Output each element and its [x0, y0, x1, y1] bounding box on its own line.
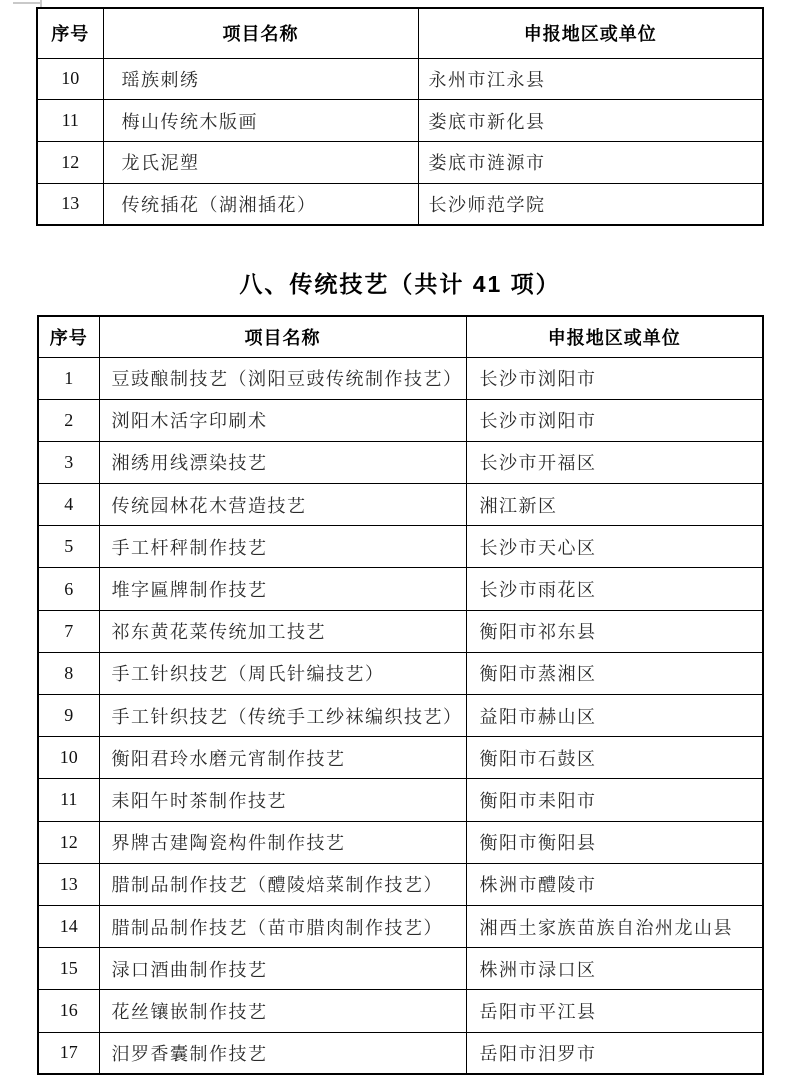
row-declaring-region: 长沙市浏阳市 [466, 357, 763, 399]
row-declaring-region: 长沙市开福区 [466, 441, 763, 483]
table-row: 7 祁东黄花菜传统加工技艺 衡阳市祁东县 [38, 610, 763, 652]
table-row: 3 湘绣用线漂染技艺 长沙市开福区 [38, 441, 763, 483]
table-row: 6 堆字匾牌制作技艺 长沙市雨花区 [38, 568, 763, 610]
row-project-name: 传统园林花木营造技艺 [99, 484, 466, 526]
row-declaring-region: 衡阳市耒阳市 [466, 779, 763, 821]
table-row: 5 手工杆秤制作技艺 长沙市天心区 [38, 526, 763, 568]
row-declaring-region: 衡阳市祁东县 [466, 610, 763, 652]
row-project-name: 传统插花（湖湘插花） [103, 183, 418, 225]
table-row: 11 耒阳午时茶制作技艺 衡阳市耒阳市 [38, 779, 763, 821]
row-declaring-region: 娄底市新化县 [418, 100, 763, 142]
row-declaring-region: 衡阳市蒸湘区 [466, 652, 763, 694]
row-declaring-region: 永州市江永县 [418, 58, 763, 100]
row-project-name: 梅山传统木版画 [103, 100, 418, 142]
table-row: 10 衡阳君玲水磨元宵制作技艺 衡阳市石鼓区 [38, 737, 763, 779]
table1-header-serial-number: 序号 [37, 8, 103, 58]
row-project-name: 堆字匾牌制作技艺 [99, 568, 466, 610]
table2-header-declaring-region: 申报地区或单位 [466, 316, 763, 357]
table-row: 9 手工针织技艺（传统手工纱袜编织技艺） 益阳市赫山区 [38, 695, 763, 737]
table-row: 2 浏阳木活字印刷术 长沙市浏阳市 [38, 399, 763, 441]
row-declaring-region: 长沙市浏阳市 [466, 399, 763, 441]
section-heading-traditional-crafts: 八、传统技艺（共计 41 项） [0, 262, 800, 306]
row-serial-number: 13 [38, 863, 99, 905]
row-serial-number: 9 [38, 695, 99, 737]
row-declaring-region: 益阳市赫山区 [466, 695, 763, 737]
row-serial-number: 16 [38, 990, 99, 1032]
table-row: 4 传统园林花木营造技艺 湘江新区 [38, 484, 763, 526]
row-declaring-region: 衡阳市石鼓区 [466, 737, 763, 779]
row-serial-number: 14 [38, 905, 99, 947]
table-row: 12 界牌古建陶瓷构件制作技艺 衡阳市衡阳县 [38, 821, 763, 863]
row-project-name: 渌口酒曲制作技艺 [99, 948, 466, 990]
row-serial-number: 8 [38, 652, 99, 694]
row-serial-number: 13 [37, 183, 103, 225]
table-row: 13 腊制品制作技艺（醴陵焙菜制作技艺） 株洲市醴陵市 [38, 863, 763, 905]
table-row: 14 腊制品制作技艺（苗市腊肉制作技艺） 湘西土家族苗族自治州龙山县 [38, 905, 763, 947]
table-row: 13 传统插花（湖湘插花） 长沙师范学院 [37, 183, 763, 225]
row-serial-number: 6 [38, 568, 99, 610]
row-serial-number: 4 [38, 484, 99, 526]
row-serial-number: 2 [38, 399, 99, 441]
row-declaring-region: 岳阳市平江县 [466, 990, 763, 1032]
row-declaring-region: 岳阳市汨罗市 [466, 1032, 763, 1074]
row-project-name: 花丝镶嵌制作技艺 [99, 990, 466, 1032]
row-serial-number: 12 [38, 821, 99, 863]
table-anchor-mark-horizontal [13, 2, 42, 4]
row-declaring-region: 湘江新区 [466, 484, 763, 526]
document-page: 序号 项目名称 申报地区或单位 10 瑶族刺绣 永州市江永县 11 梅山传统木版… [0, 0, 800, 1087]
row-project-name: 耒阳午时茶制作技艺 [99, 779, 466, 821]
table2-header-row: 序号 项目名称 申报地区或单位 [38, 316, 763, 357]
row-project-name: 腊制品制作技艺（醴陵焙菜制作技艺） [99, 863, 466, 905]
table-row: 12 龙氏泥塑 娄底市涟源市 [37, 141, 763, 183]
traditional-crafts-table: 序号 项目名称 申报地区或单位 1 豆豉酿制技艺（浏阳豆豉传统制作技艺） 长沙市… [37, 315, 764, 1075]
table-row: 10 瑶族刺绣 永州市江永县 [37, 58, 763, 100]
row-project-name: 衡阳君玲水磨元宵制作技艺 [99, 737, 466, 779]
row-serial-number: 1 [38, 357, 99, 399]
row-serial-number: 11 [37, 100, 103, 142]
row-declaring-region: 长沙师范学院 [418, 183, 763, 225]
table-row: 1 豆豉酿制技艺（浏阳豆豉传统制作技艺） 长沙市浏阳市 [38, 357, 763, 399]
row-project-name: 手工针织技艺（传统手工纱袜编织技艺） [99, 695, 466, 737]
row-project-name: 豆豉酿制技艺（浏阳豆豉传统制作技艺） [99, 357, 466, 399]
row-serial-number: 10 [37, 58, 103, 100]
row-serial-number: 7 [38, 610, 99, 652]
row-project-name: 界牌古建陶瓷构件制作技艺 [99, 821, 466, 863]
row-declaring-region: 湘西土家族苗族自治州龙山县 [466, 905, 763, 947]
row-serial-number: 12 [37, 141, 103, 183]
table-row: 16 花丝镶嵌制作技艺 岳阳市平江县 [38, 990, 763, 1032]
row-declaring-region: 衡阳市衡阳县 [466, 821, 763, 863]
table1-header-declaring-region: 申报地区或单位 [418, 8, 763, 58]
table2-header-project-name: 项目名称 [99, 316, 466, 357]
row-project-name: 腊制品制作技艺（苗市腊肉制作技艺） [99, 905, 466, 947]
table-row: 8 手工针织技艺（周氏针编技艺） 衡阳市蒸湘区 [38, 652, 763, 694]
row-declaring-region: 长沙市雨花区 [466, 568, 763, 610]
row-project-name: 浏阳木活字印刷术 [99, 399, 466, 441]
row-project-name: 汨罗香囊制作技艺 [99, 1032, 466, 1074]
table-row: 11 梅山传统木版画 娄底市新化县 [37, 100, 763, 142]
table-row: 17 汨罗香囊制作技艺 岳阳市汨罗市 [38, 1032, 763, 1074]
row-declaring-region: 长沙市天心区 [466, 526, 763, 568]
row-project-name: 湘绣用线漂染技艺 [99, 441, 466, 483]
table1-header-project-name: 项目名称 [103, 8, 418, 58]
row-declaring-region: 娄底市涟源市 [418, 141, 763, 183]
row-project-name: 手工杆秤制作技艺 [99, 526, 466, 568]
row-serial-number: 10 [38, 737, 99, 779]
table1-header-row: 序号 项目名称 申报地区或单位 [37, 8, 763, 58]
row-serial-number: 5 [38, 526, 99, 568]
row-serial-number: 3 [38, 441, 99, 483]
row-project-name: 祁东黄花菜传统加工技艺 [99, 610, 466, 652]
table2-header-serial-number: 序号 [38, 316, 99, 357]
row-serial-number: 17 [38, 1032, 99, 1074]
row-serial-number: 15 [38, 948, 99, 990]
previous-category-table-continued: 序号 项目名称 申报地区或单位 10 瑶族刺绣 永州市江永县 11 梅山传统木版… [36, 7, 764, 226]
row-project-name: 龙氏泥塑 [103, 141, 418, 183]
row-project-name: 手工针织技艺（周氏针编技艺） [99, 652, 466, 694]
row-project-name: 瑶族刺绣 [103, 58, 418, 100]
row-declaring-region: 株洲市渌口区 [466, 948, 763, 990]
table-row: 15 渌口酒曲制作技艺 株洲市渌口区 [38, 948, 763, 990]
row-serial-number: 11 [38, 779, 99, 821]
row-declaring-region: 株洲市醴陵市 [466, 863, 763, 905]
